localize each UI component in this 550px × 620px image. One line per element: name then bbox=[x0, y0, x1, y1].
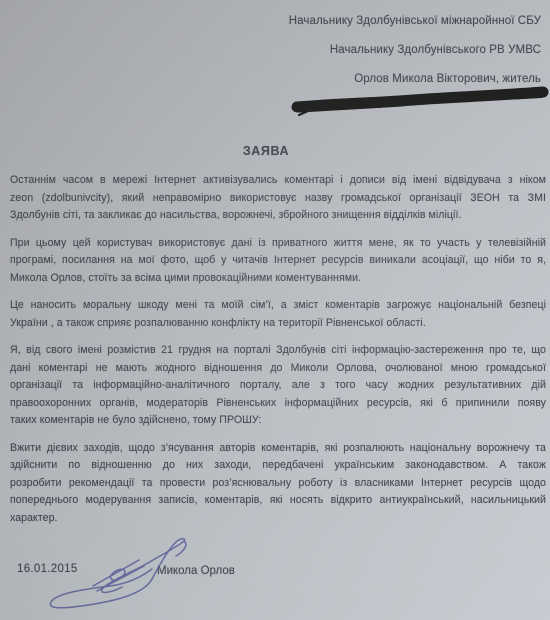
paragraph: Я, від свого імені розмістив 21 грудня н… bbox=[10, 342, 546, 430]
paragraph: Останнім часом в мережі Інтернет активіз… bbox=[10, 172, 546, 225]
paragraph-line: попереднього модерування записів, комент… bbox=[10, 492, 546, 510]
paragraph-line: Я, від свого імені розмістив 21 грудня н… bbox=[10, 342, 546, 360]
paragraph-line: zeon (zdolbunivcity), який неправомірно … bbox=[10, 190, 546, 208]
recipient-line: Начальнику Здолбунівського РВ УМВС bbox=[289, 36, 541, 65]
paragraph: Це наносить моральну шкоду мені та моїй … bbox=[10, 297, 546, 332]
paragraph-line: Останнім часом в мережі Інтернет активіз… bbox=[10, 172, 546, 190]
paragraph-line: програмі, посилання на мої фото, щоб у ч… bbox=[10, 252, 546, 270]
date-label: 16.01.2015 bbox=[17, 563, 78, 575]
paragraph-line: Здолбунів сіті, та закликає до насильств… bbox=[10, 207, 546, 225]
document-body: Останнім часом в мережі Інтернет активіз… bbox=[10, 172, 546, 537]
paragraph: Вжити дієвих заходів, щодо з’ясування ав… bbox=[10, 440, 546, 528]
paragraph-line: організації та інформаційно-аналітичного… bbox=[10, 377, 546, 395]
paragraph: При цьому цей користувач використовує да… bbox=[10, 235, 546, 288]
recipient-line: Орлов Микола Вікторович, житель bbox=[289, 65, 541, 94]
paragraph-line: Вжити дієвих заходів, щодо з’ясування ав… bbox=[10, 440, 546, 458]
paragraph-line: При цьому цей користувач використовує да… bbox=[10, 235, 546, 253]
paragraph-line: правоохоронних органів, модераторів Рівн… bbox=[10, 395, 546, 413]
signer-name-label: Микола Орлов bbox=[157, 565, 235, 577]
document-title: ЗАЯВА bbox=[0, 144, 532, 158]
document-photo: Начальнику Здолбунівської міжнаройнної С… bbox=[0, 0, 550, 620]
paragraph-line: дані коментарі не мають жодного відношен… bbox=[10, 360, 546, 378]
recipient-block: Начальнику Здолбунівської міжнаройнної С… bbox=[289, 7, 541, 94]
paragraph-line: України , а також сприяє розпалюванню ко… bbox=[10, 315, 546, 333]
paragraph-line: таких коментарів не було здійснено, тому… bbox=[10, 412, 546, 430]
paragraph-line: здійснити по відношенню до них заходи, п… bbox=[10, 457, 546, 475]
paragraph-line: характер. bbox=[10, 510, 546, 528]
paragraph-line: Це наносить моральну шкоду мені та моїй … bbox=[10, 297, 546, 315]
recipient-line: Начальнику Здолбунівської міжнаройнної С… bbox=[289, 7, 541, 36]
paragraph-line: розробити рекомендації та провести роз’я… bbox=[10, 475, 546, 493]
paragraph-line: Микола Орлов, стоїть за всіма цими прово… bbox=[10, 270, 546, 288]
